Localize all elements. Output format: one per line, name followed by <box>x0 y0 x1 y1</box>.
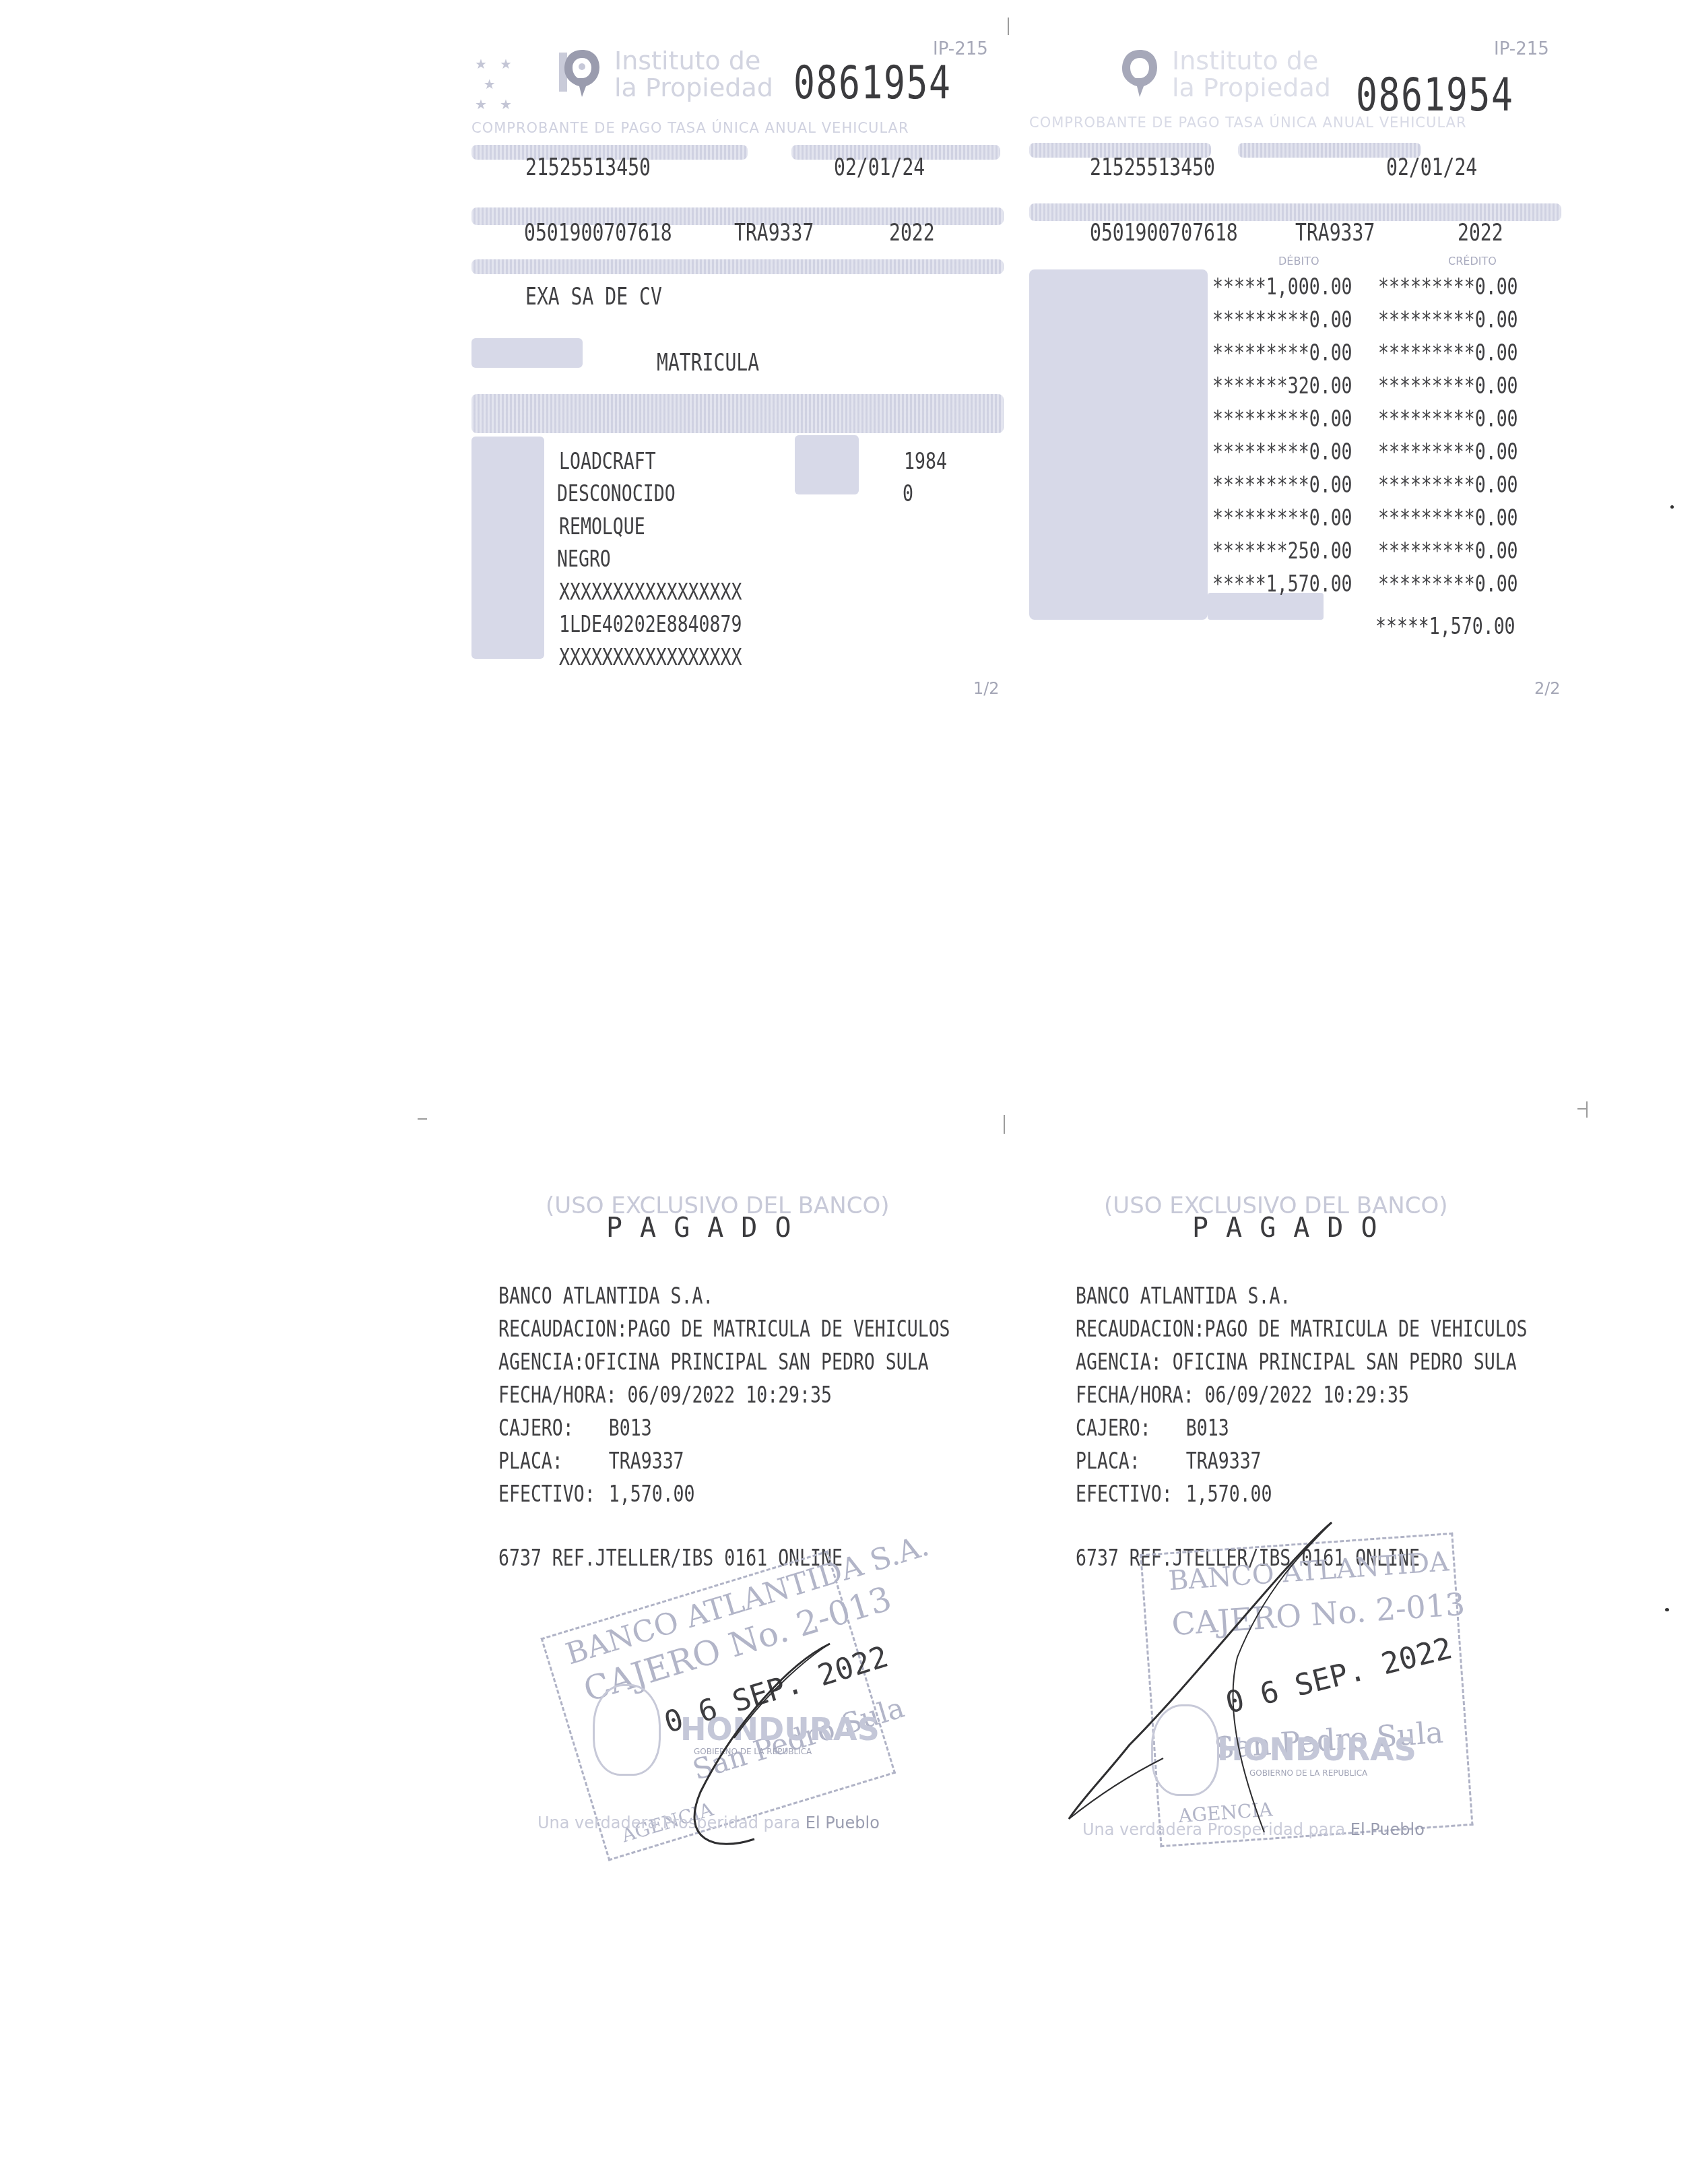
voucher-page-1: ★ ★ ★★ ★ Instituto de la Propiedad IP-21… <box>471 27 1004 687</box>
plate-number: TRA9337 <box>734 219 814 247</box>
voucher-page-2: Instituto de la Propiedad IP-215 0861954… <box>1029 27 1561 687</box>
plate-value: TRA9337 <box>609 1448 684 1475</box>
collection-concept: RECAUDACION:PAGO DE MATRICULA DE VEHICUL… <box>1076 1313 1528 1346</box>
plate-row: PLACA:TRA9337 <box>1076 1445 1528 1478</box>
institute-name-line2: la Propiedad <box>614 74 773 101</box>
identification-number: 0501900707618 <box>1090 219 1238 247</box>
institute-logo-icon <box>1117 46 1160 98</box>
flag-stars-icon: ★ ★ ★★ ★ <box>475 54 512 115</box>
debit-amount: *********0.00 <box>1212 469 1352 502</box>
cashier-label: CAJERO: <box>1076 1412 1186 1445</box>
institute-name: Instituto de la Propiedad <box>1172 47 1331 101</box>
speck <box>1670 505 1674 509</box>
identification-number: 0501900707618 <box>524 219 672 247</box>
collection-concept: RECAUDACION:PAGO DE MATRICULA DE VEHICUL… <box>498 1313 950 1346</box>
cashier-row: CAJERO:B013 <box>1076 1412 1528 1445</box>
vehicle-year-label <box>795 435 859 494</box>
debit-amount: *********0.00 <box>1212 436 1352 469</box>
paid-status: PAGADO <box>1192 1213 1395 1244</box>
fiscal-year: 2022 <box>889 219 935 247</box>
issue-date: 02/01/24 <box>1386 154 1477 181</box>
debit-amount: *****1,570.00 <box>1212 568 1352 601</box>
plate-row: PLACA:TRA9337 <box>498 1445 950 1478</box>
vehicle-color: NEGRO <box>557 546 611 573</box>
operation-type-label <box>471 338 583 368</box>
signature <box>653 1637 842 1853</box>
bank-receipt-2: (USO EXCLUSIVO DEL BANCO) PAGADO BANCO A… <box>1076 1192 1608 1933</box>
header-band-vehicle <box>471 394 1004 433</box>
debit-amount: *********0.00 <box>1212 304 1352 337</box>
vehicle-model-year: 1984 <box>904 448 947 475</box>
cash-value: 1,570.00 <box>1186 1481 1272 1508</box>
agency: AGENCIA:OFICINA PRINCIPAL SAN PEDRO SULA <box>498 1346 950 1379</box>
crop-mark <box>1008 18 1009 35</box>
document-title: COMPROBANTE DE PAGO TASA ÚNICA ANUAL VEH… <box>1029 115 1467 131</box>
vehicle-label-column <box>471 437 544 659</box>
debit-amount: *******320.00 <box>1212 370 1352 403</box>
credit-amount: *********0.00 <box>1378 370 1518 403</box>
plate-value: TRA9337 <box>1186 1448 1262 1475</box>
debit-amount: *********0.00 <box>1212 502 1352 535</box>
credit-amount: *********0.00 <box>1378 337 1518 370</box>
document-title: COMPROBANTE DE PAGO TASA ÚNICA ANUAL VEH… <box>471 120 909 136</box>
institute-name-line1: Instituto de <box>1172 47 1331 74</box>
agency: AGENCIA: OFICINA PRINCIPAL SAN PEDRO SUL… <box>1076 1346 1528 1379</box>
receipt-lines: BANCO ATLANTIDA S.A. RECAUDACION:PAGO DE… <box>498 1280 950 1575</box>
concept-labels-column <box>1029 269 1208 620</box>
cash-label: EFECTIVO: <box>498 1478 609 1511</box>
page-number: 2/2 <box>1534 679 1561 698</box>
debit-amounts: *****1,000.00*********0.00*********0.00*… <box>1212 271 1352 601</box>
crop-mark <box>418 1118 427 1120</box>
debit-amount: *********0.00 <box>1212 403 1352 436</box>
plate-number: TRA9337 <box>1295 219 1375 247</box>
plate-label: PLACA: <box>1076 1445 1186 1478</box>
cashier-value: B013 <box>609 1415 652 1442</box>
bank-name: BANCO ATLANTIDA S.A. <box>498 1280 950 1313</box>
debit-amount: *********0.00 <box>1212 337 1352 370</box>
speck <box>1665 1608 1669 1611</box>
bank-receipt-1: (USO EXCLUSIVO DEL BANCO) PAGADO BANCO A… <box>498 1192 1031 1933</box>
cash-value: 1,570.00 <box>609 1481 695 1508</box>
account-number: 21525513450 <box>1090 154 1215 181</box>
plate-label: PLACA: <box>498 1445 609 1478</box>
vehicle-cylinders: 0 <box>903 480 913 507</box>
operation-type: MATRICULA <box>657 349 759 377</box>
credit-amount: *********0.00 <box>1378 469 1518 502</box>
institute-name-line2: la Propiedad <box>1172 74 1331 101</box>
fiscal-year: 2022 <box>1458 219 1503 247</box>
credit-amount: *********0.00 <box>1378 304 1518 337</box>
credit-amount: *********0.00 <box>1378 403 1518 436</box>
institute-logo-icon <box>559 46 602 98</box>
credit-amount: *********0.00 <box>1378 436 1518 469</box>
crop-mark <box>1577 1108 1587 1110</box>
crop-mark <box>1586 1101 1588 1118</box>
page-number: 1/2 <box>973 679 1000 698</box>
credit-amount: *********0.00 <box>1378 568 1518 601</box>
credit-column-header: CRÉDITO <box>1448 255 1497 267</box>
signature <box>1062 1509 1345 1832</box>
debit-amount: *******250.00 <box>1212 535 1352 568</box>
account-number: 21525513450 <box>525 154 651 181</box>
header-band-owner <box>471 259 1004 274</box>
document-number: 0861954 <box>793 57 951 110</box>
credit-amount: *********0.00 <box>1378 502 1518 535</box>
cashier-value: B013 <box>1186 1415 1229 1442</box>
cash-row: EFECTIVO:1,570.00 <box>1076 1478 1528 1511</box>
credit-amounts: *********0.00*********0.00*********0.00*… <box>1378 271 1518 601</box>
debit-amount: *****1,000.00 <box>1212 271 1352 304</box>
cashier-label: CAJERO: <box>498 1412 609 1445</box>
paid-status: PAGADO <box>606 1213 809 1244</box>
credit-amount: *********0.00 <box>1378 271 1518 304</box>
vehicle-type: REMOLQUE <box>559 513 645 540</box>
bank-name: BANCO ATLANTIDA S.A. <box>1076 1280 1528 1313</box>
coat-of-arms-icon <box>593 1684 661 1776</box>
form-code: IP-215 <box>1494 39 1549 59</box>
institute-name-line1: Instituto de <box>614 47 773 74</box>
slogan-part-2: El Pueblo <box>1350 1820 1425 1839</box>
owner-name: EXA SA DE CV <box>525 283 662 311</box>
cash-label: EFECTIVO: <box>1076 1478 1186 1511</box>
datetime: FECHA/HORA: 06/09/2022 10:29:35 <box>1076 1379 1528 1412</box>
institute-name: Instituto de la Propiedad <box>614 47 773 101</box>
crop-mark <box>1004 1115 1005 1134</box>
cash-row: EFECTIVO:1,570.00 <box>498 1478 950 1511</box>
datetime: FECHA/HORA: 06/09/2022 10:29:35 <box>498 1379 950 1412</box>
vehicle-chassis: 1LDE40202E8840879 <box>559 611 742 638</box>
issue-date: 02/01/24 <box>834 154 925 181</box>
grand-total: *****1,570.00 <box>1375 613 1515 640</box>
credit-amount: *********0.00 <box>1378 535 1518 568</box>
cashier-row: CAJERO:B013 <box>498 1412 950 1445</box>
debit-column-header: DÉBITO <box>1278 255 1319 267</box>
vehicle-brand: LOADCRAFT <box>559 448 656 475</box>
vehicle-vin: XXXXXXXXXXXXXXXXX <box>559 644 742 671</box>
vehicle-motor: XXXXXXXXXXXXXXXXX <box>559 579 742 606</box>
vehicle-model: DESCONOCIDO <box>557 480 676 507</box>
